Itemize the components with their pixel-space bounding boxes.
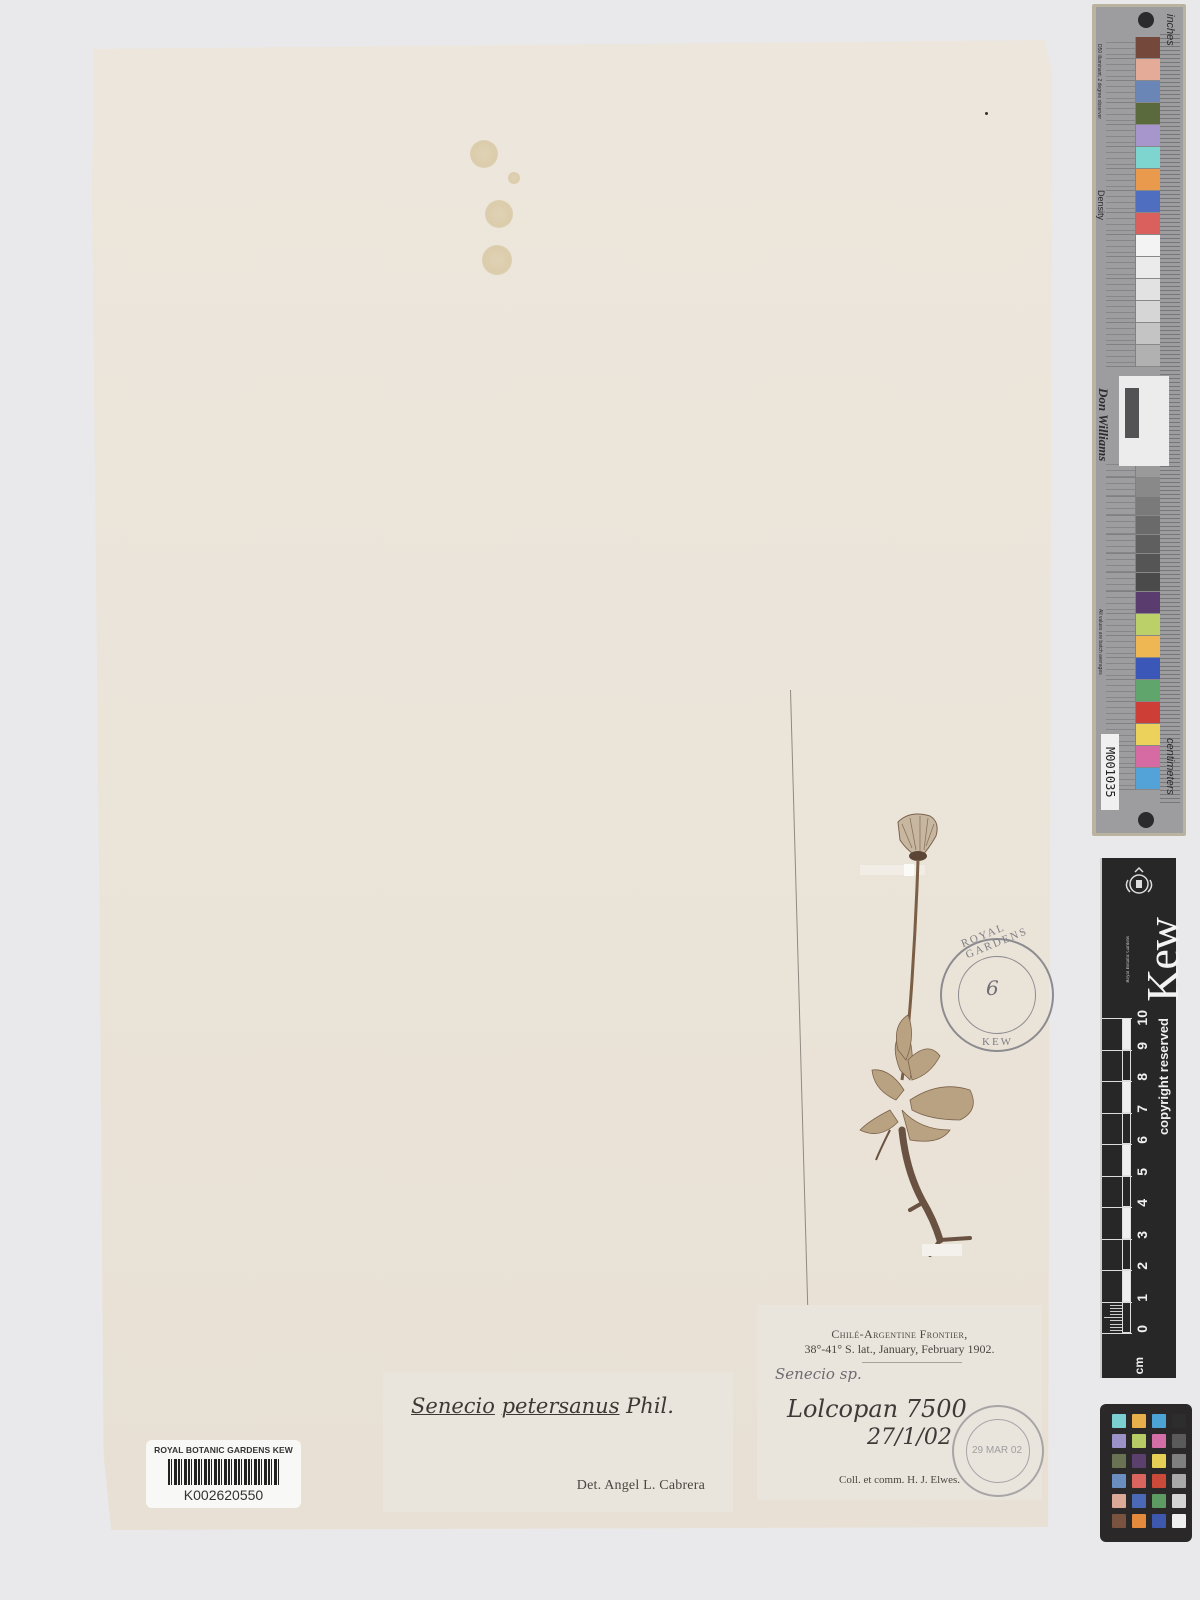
checker-patch xyxy=(1112,1494,1126,1508)
color-swatch xyxy=(1136,592,1160,614)
checker-patch xyxy=(1152,1474,1166,1488)
mm-tick xyxy=(1110,1314,1122,1315)
stain xyxy=(508,172,520,184)
scale-cell xyxy=(1106,279,1136,301)
scale-segment xyxy=(1122,1018,1131,1050)
color-swatch xyxy=(1136,59,1160,81)
checker-patch xyxy=(1152,1454,1166,1468)
scale-segment xyxy=(1122,1176,1131,1208)
color-swatch xyxy=(1136,279,1160,301)
scale-cell xyxy=(1106,125,1136,147)
checker-patch xyxy=(1112,1414,1126,1428)
checker-patch xyxy=(1152,1434,1166,1448)
scale-cell xyxy=(1106,37,1136,59)
tick-label: 5 xyxy=(1134,1168,1150,1176)
color-swatch xyxy=(1136,658,1160,680)
checker-patch xyxy=(1132,1434,1146,1448)
scale-segment xyxy=(1122,1270,1131,1302)
tick-line xyxy=(1102,1113,1132,1114)
scale-hole xyxy=(1138,12,1154,28)
checker-patch xyxy=(1132,1414,1146,1428)
illuminant-note: D50 illuminant, 2 degree observer xyxy=(1096,44,1102,119)
color-swatch xyxy=(1136,497,1160,516)
kew-subtitle: Royal Botanic Gardens xyxy=(1126,936,1131,983)
centimeters-label: centimeters xyxy=(1164,738,1176,795)
checker-grid xyxy=(1112,1414,1186,1528)
scale-cell xyxy=(1106,345,1136,367)
color-swatch xyxy=(1136,81,1160,103)
checker-patch xyxy=(1152,1414,1166,1428)
scale-segment xyxy=(1122,1302,1131,1334)
color-swatch xyxy=(1136,614,1160,636)
checker-patch xyxy=(1172,1514,1186,1528)
color-swatch xyxy=(1136,37,1160,59)
cm-label: cm xyxy=(1132,1357,1146,1374)
handwritten-name: Senecio sp. xyxy=(775,1365,862,1383)
date-stamp: 29 MAR 02 xyxy=(952,1405,1044,1497)
tick-line xyxy=(1102,1270,1132,1271)
checker-patch xyxy=(1172,1454,1186,1468)
brand-label: Don Williams xyxy=(1095,388,1111,461)
copyright-text: copyright reserved xyxy=(1156,1018,1171,1135)
royal-gardens-stamp: ROYAL GARDENS KEW 6 xyxy=(940,938,1054,1052)
locality-heading: Chilé-Argentine Frontier, xyxy=(757,1327,1042,1342)
checker-patch xyxy=(1132,1494,1146,1508)
tick-label: 4 xyxy=(1134,1199,1150,1207)
tick-label: 1 xyxy=(1134,1294,1150,1302)
scale-segment xyxy=(1122,1207,1131,1239)
crest-icon xyxy=(1122,866,1156,902)
barcode xyxy=(168,1459,279,1485)
color-scale: inches centimeters D50 illuminant, 2 deg… xyxy=(1092,4,1186,836)
color-swatch xyxy=(1136,478,1160,497)
tick-line xyxy=(1102,1176,1132,1177)
determiner: Det. Angel L. Cabrera xyxy=(577,1478,705,1494)
color-swatch xyxy=(1136,213,1160,235)
barcode-label: ROYAL BOTANIC GARDENS KEW K002620550 xyxy=(146,1440,301,1508)
stamp-number: 6 xyxy=(986,976,999,1000)
inches-label: inches xyxy=(1164,14,1176,46)
color-swatch xyxy=(1136,147,1160,169)
corner-mark xyxy=(985,112,988,115)
scale-cell xyxy=(1106,257,1136,279)
mm-tick xyxy=(1104,1317,1122,1318)
checker-patch xyxy=(1172,1494,1186,1508)
barcode-org: ROYAL BOTANIC GARDENS KEW xyxy=(146,1445,301,1455)
checker-patch xyxy=(1132,1474,1146,1488)
tick-label: 0 xyxy=(1134,1325,1150,1333)
stain xyxy=(470,140,498,168)
scale-cell xyxy=(1106,213,1136,235)
scale-cell xyxy=(1106,235,1136,257)
taxon-name: Senecio petersanus Phil. xyxy=(411,1394,674,1418)
epithet: petersanus xyxy=(502,1394,620,1418)
tick-label: 10 xyxy=(1134,1010,1150,1026)
color-swatch xyxy=(1136,323,1160,345)
mm-tick xyxy=(1110,1308,1122,1309)
checker-patch xyxy=(1172,1474,1186,1488)
stain xyxy=(485,200,513,228)
color-swatch xyxy=(1136,636,1160,658)
color-swatch xyxy=(1136,301,1160,323)
color-swatch xyxy=(1136,702,1160,724)
scale-id: M001035 xyxy=(1101,734,1119,810)
mm-tick xyxy=(1110,1305,1122,1306)
scale-cell xyxy=(1106,81,1136,103)
kew-logo: Kew xyxy=(1136,918,1189,1002)
genus: Senecio xyxy=(411,1394,495,1418)
scale-cell xyxy=(1106,573,1136,592)
tick-line xyxy=(1102,1333,1132,1334)
mm-tick xyxy=(1110,1327,1122,1328)
scale-hole xyxy=(1138,812,1154,828)
mm-tick xyxy=(1110,1324,1122,1325)
scale-cell xyxy=(1106,592,1136,614)
mm-tick xyxy=(1110,1311,1122,1312)
gray-target xyxy=(1119,376,1169,466)
handwritten-locality: Lolcopan 7500 xyxy=(787,1395,967,1423)
scale-segment xyxy=(1122,1113,1131,1145)
scale-cell xyxy=(1106,614,1136,636)
checker-patch xyxy=(1152,1514,1166,1528)
tick-line xyxy=(1102,1144,1132,1145)
color-swatch xyxy=(1136,573,1160,592)
tick-label: 9 xyxy=(1134,1042,1150,1050)
mm-tick xyxy=(1110,1320,1122,1321)
checker-patch xyxy=(1112,1434,1126,1448)
checker-patch xyxy=(1172,1414,1186,1428)
scale-cell xyxy=(1106,301,1136,323)
scale-cell xyxy=(1106,191,1136,213)
color-swatch xyxy=(1136,724,1160,746)
scale-cell xyxy=(1106,636,1136,658)
tick-line xyxy=(1102,1018,1132,1019)
checker-patch xyxy=(1172,1434,1186,1448)
color-swatch xyxy=(1136,554,1160,573)
checker-patch xyxy=(1112,1514,1126,1528)
stain xyxy=(482,245,512,275)
color-swatch xyxy=(1136,535,1160,554)
handwritten-date: 27/1/02 xyxy=(867,1425,952,1450)
checker-patch xyxy=(1112,1474,1126,1488)
scale-cell xyxy=(1106,516,1136,535)
divider xyxy=(862,1362,962,1363)
scale-segment xyxy=(1122,1050,1131,1082)
scale-cell xyxy=(1106,554,1136,573)
color-swatch xyxy=(1136,746,1160,768)
color-swatch xyxy=(1136,768,1160,790)
checker-patch xyxy=(1112,1454,1126,1468)
color-swatch xyxy=(1136,680,1160,702)
checker-patch xyxy=(1132,1454,1146,1468)
scale-cell xyxy=(1106,103,1136,125)
scale-segment xyxy=(1122,1081,1131,1113)
tick-label: 6 xyxy=(1134,1136,1150,1144)
batch-note: All values are batch averages xyxy=(1097,609,1103,675)
tick-line xyxy=(1102,1081,1132,1082)
tick-label: 3 xyxy=(1134,1231,1150,1239)
color-swatch xyxy=(1136,516,1160,535)
tick-label: 8 xyxy=(1134,1073,1150,1081)
scale-cell xyxy=(1106,497,1136,516)
author: Phil. xyxy=(626,1394,674,1418)
tick-line xyxy=(1102,1050,1132,1051)
scale-cell xyxy=(1106,680,1136,702)
determination-label: Senecio petersanus Phil. Det. Angel L. C… xyxy=(383,1372,733,1512)
color-swatch xyxy=(1136,191,1160,213)
stamp-text-bottom: KEW xyxy=(982,1036,1013,1048)
scale-cell xyxy=(1106,147,1136,169)
scale-segment xyxy=(1122,1144,1131,1176)
scale-cell xyxy=(1106,658,1136,680)
color-checker xyxy=(1100,1404,1192,1542)
kew-ruler: Royal Botanic Gardens Kew copyright rese… xyxy=(1100,858,1176,1378)
checker-patch xyxy=(1132,1514,1146,1528)
density-label: Density xyxy=(1096,190,1106,220)
locality-detail: 38°-41° S. lat., January, February 1902. xyxy=(757,1342,1042,1357)
color-swatch xyxy=(1136,125,1160,147)
barcode-number: K002620550 xyxy=(146,1487,301,1503)
scale-cell xyxy=(1106,535,1136,554)
color-swatch xyxy=(1136,169,1160,191)
color-swatch xyxy=(1136,345,1160,367)
scale-cell xyxy=(1106,59,1136,81)
color-swatch xyxy=(1136,235,1160,257)
collection-label: Chilé-Argentine Frontier, 38°-41° S. lat… xyxy=(757,1305,1042,1500)
tick-line xyxy=(1102,1207,1132,1208)
tick-label: 2 xyxy=(1134,1262,1150,1270)
scale-cell xyxy=(1106,323,1136,345)
scale-segment xyxy=(1122,1239,1131,1271)
checker-patch xyxy=(1152,1494,1166,1508)
tick-line xyxy=(1102,1302,1132,1303)
scale-cell xyxy=(1106,169,1136,191)
tick-label: 7 xyxy=(1134,1105,1150,1113)
stamp-date: 29 MAR 02 xyxy=(972,1445,1022,1456)
color-swatch xyxy=(1136,257,1160,279)
scale-cell xyxy=(1106,702,1136,724)
color-swatch xyxy=(1136,103,1160,125)
scale-cell xyxy=(1106,478,1136,497)
tick-line xyxy=(1102,1239,1132,1240)
mm-tick xyxy=(1110,1330,1122,1331)
